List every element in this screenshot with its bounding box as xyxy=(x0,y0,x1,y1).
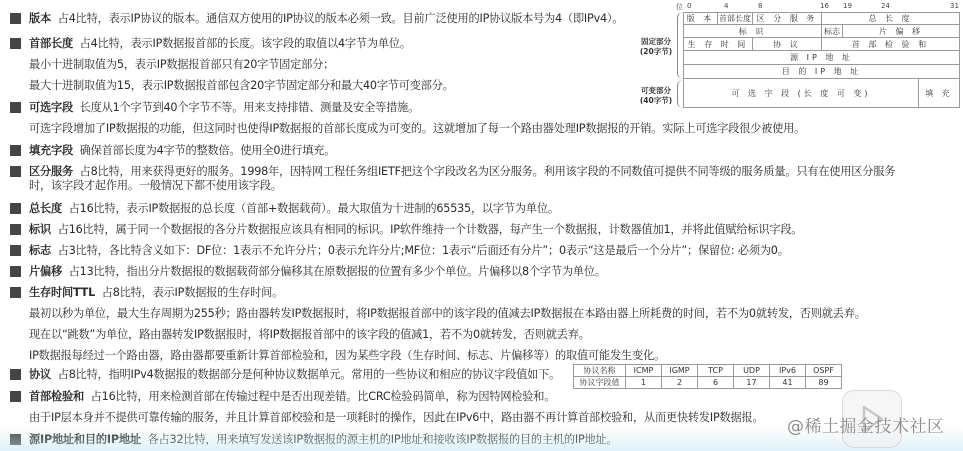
item-version: 版本 占4比特，表示IP协议的版本。通信双方使用的IP协议的版本必须一致。目前广… xyxy=(29,11,623,26)
diagram-row-2: 标 识 标志 片 偏 移 xyxy=(683,25,960,38)
diagram-row-3: 生 存 时 间 协 议 首 部 检 验 和 xyxy=(683,38,960,51)
protocol-name-cell: IPv6 xyxy=(770,365,806,377)
protocol-value-header: 协议字段值 xyxy=(574,377,626,389)
bullet-square-icon xyxy=(10,245,21,256)
item-identification: 标识 占16比特，属于同一个数据报的各分片数据报应该具有相同的标识。IP软件维持… xyxy=(29,222,802,237)
field-total-length: 总 长 度 xyxy=(822,13,959,24)
bullet-square-icon xyxy=(10,369,21,380)
fixed-part-label: 固定部分 (20字节) xyxy=(635,37,677,57)
item-header-length-sub-2: 最大十进制取值为15，表示IP数据报首部包含20字节固定部分和最大40字节可变部… xyxy=(29,78,454,93)
field-version: 版 本 xyxy=(684,13,718,24)
item-options-sub-1: 可选字段增加了IP数据报的功能，但这同时也使得IP数据报的首部长度成为可变的。这… xyxy=(29,121,805,136)
field-dscp: 区 分 服 务 xyxy=(753,13,822,24)
item-ttl-sub-1: 最初以秒为单位，最大生存周期为255秒；路由器转发IP数据报时，将IP数据报首部… xyxy=(29,306,866,321)
field-padding: 填 充 xyxy=(919,79,959,107)
bullet-square-icon xyxy=(10,203,21,214)
item-options: 可选字段 长度从1个字节到40个字节不等。用来支持排错、测量及安全等措施。 xyxy=(29,100,419,115)
protocol-name-cell: TCP xyxy=(698,365,734,377)
protocol-name-cell: UDP xyxy=(734,365,770,377)
field-destination-address: 目 的 IP 地 址 xyxy=(684,65,959,78)
field-identification: 标 识 xyxy=(684,25,822,37)
bit-axis-label: 位 xyxy=(676,2,683,12)
field-header-checksum: 首 部 检 验 和 xyxy=(822,38,959,50)
protocol-name-cell: ICMP xyxy=(626,365,662,377)
bullet-square-icon xyxy=(10,224,21,235)
bullet-square-icon xyxy=(10,38,21,49)
field-options: 可 选 字 段 (长 度 可 变) xyxy=(684,79,919,107)
item-fragment-offset: 片偏移 占13比特，指出分片数据报的数据载荷部分偏移其在原数据报的位置有多少个单… xyxy=(29,264,606,279)
watermark-text: @稀土掘金技术社区 xyxy=(787,412,945,437)
protocol-value-cell: 2 xyxy=(662,377,698,389)
bullet-square-icon xyxy=(10,266,21,277)
bit-tick: 16 xyxy=(820,2,829,10)
bullet-square-icon xyxy=(10,391,21,402)
field-source-address: 源 IP 地 址 xyxy=(684,51,959,64)
item-protocol: 协议 占8比特，指明IPv4数据报的数据部分是何种协议数据单元。常用的一些协议和… xyxy=(29,367,560,382)
item-total-length: 总长度 占16比特，表示IP数据报的总长度（首部+数据载荷）。最大取值为十进制的… xyxy=(29,201,559,216)
protocol-value-cell: 6 xyxy=(698,377,734,389)
bit-tick: 4 xyxy=(724,2,728,10)
bullet-square-icon xyxy=(10,287,21,298)
bit-tick: 19 xyxy=(843,2,852,10)
item-header-length: 首部长度 占4比特，表示IP数据报首部的长度。该字段的取值以4字节为单位。 xyxy=(29,36,411,51)
bit-tick: 8 xyxy=(758,2,762,10)
protocol-value-row: 协议字段值 1 2 6 17 41 89 xyxy=(574,377,842,389)
item-padding: 填充字段 确保首部长度为4字节的整数倍。使用全0进行填充。 xyxy=(29,143,335,158)
field-ihl: 首部长度 xyxy=(718,13,753,24)
protocol-value-cell: 89 xyxy=(806,377,842,389)
item-dscp-cont: 时，该字段才起作用。一般情况下都不使用该字段。 xyxy=(29,178,282,193)
bit-tick: 24 xyxy=(881,2,890,10)
diagram-row-5: 目 的 IP 地 址 xyxy=(683,65,960,79)
item-ttl-sub-2: 现在以“跳数”为单位，路由器转发IP数据报时，将IP数据报首部中的该字段的值减1… xyxy=(29,327,590,342)
field-protocol: 协 议 xyxy=(753,38,822,50)
fixed-part-brace xyxy=(677,12,683,79)
bullet-square-icon xyxy=(10,166,21,177)
diagram-row-6: 可 选 字 段 (长 度 可 变) 填 充 xyxy=(683,79,960,108)
item-checksum-sub-1: 由于IP层本身并不提供可靠传输的服务，并且计算首部校验和是一项耗时的操作，因此在… xyxy=(29,410,764,425)
bullet-square-icon xyxy=(10,145,21,156)
item-ttl-sub-3: IP数据报每经过一个路由器，路由器都要重新计算首部检验和，因为某些字段（生存时间… xyxy=(29,348,665,363)
protocol-value-cell: 17 xyxy=(734,377,770,389)
field-ttl: 生 存 时 间 xyxy=(684,38,753,50)
variable-part-label: 可变部分 (40字节) xyxy=(635,86,677,106)
protocol-name-header: 协议名称 xyxy=(574,365,626,377)
item-flags: 标志 占3比特，各比特含义如下：DF位：1表示不允许分片；0表示允许分片;MF位… xyxy=(29,243,789,258)
ip-header-notes-page: 版本 占4比特，表示IP协议的版本。通信双方使用的IP协议的版本必须一致。目前广… xyxy=(0,0,963,451)
field-flags: 标志 xyxy=(822,25,843,37)
bit-tick: 31 xyxy=(950,2,959,10)
item-checksum: 首部检验和 占16比特，用来检测首部在传输过程中是否出现差错。比CRC检验码简单… xyxy=(29,389,555,404)
item-dscp: 区分服务 占8比特，用来获得更好的服务。1998年，因特网工程任务组IETF把这… xyxy=(29,164,895,179)
protocol-name-row: 协议名称 ICMP IGMP TCP UDP IPv6 OSPF xyxy=(574,365,842,377)
field-fragment-offset: 片 偏 移 xyxy=(843,25,959,37)
protocol-value-cell: 41 xyxy=(770,377,806,389)
diagram-row-4: 源 IP 地 址 xyxy=(683,51,960,65)
variable-part-brace xyxy=(677,80,683,108)
bullet-square-icon xyxy=(10,13,21,24)
bit-tick: 0 xyxy=(687,2,691,10)
protocol-name-cell: OSPF xyxy=(806,365,842,377)
diagram-row-1: 版 本 首部长度 区 分 服 务 总 长 度 xyxy=(683,12,960,25)
item-ttl: 生存时间TTL 占8比特，表示IP数据报的生存时间。 xyxy=(29,285,283,300)
protocol-name-cell: IGMP xyxy=(662,365,698,377)
protocol-number-table: 协议名称 ICMP IGMP TCP UDP IPv6 OSPF 协议字段值 1… xyxy=(573,364,842,389)
bullet-square-icon xyxy=(10,102,21,113)
item-header-length-sub-1: 最小十进制取值为5，表示IP数据报首部只有20字节固定部分； xyxy=(29,57,334,72)
protocol-value-cell: 1 xyxy=(626,377,662,389)
